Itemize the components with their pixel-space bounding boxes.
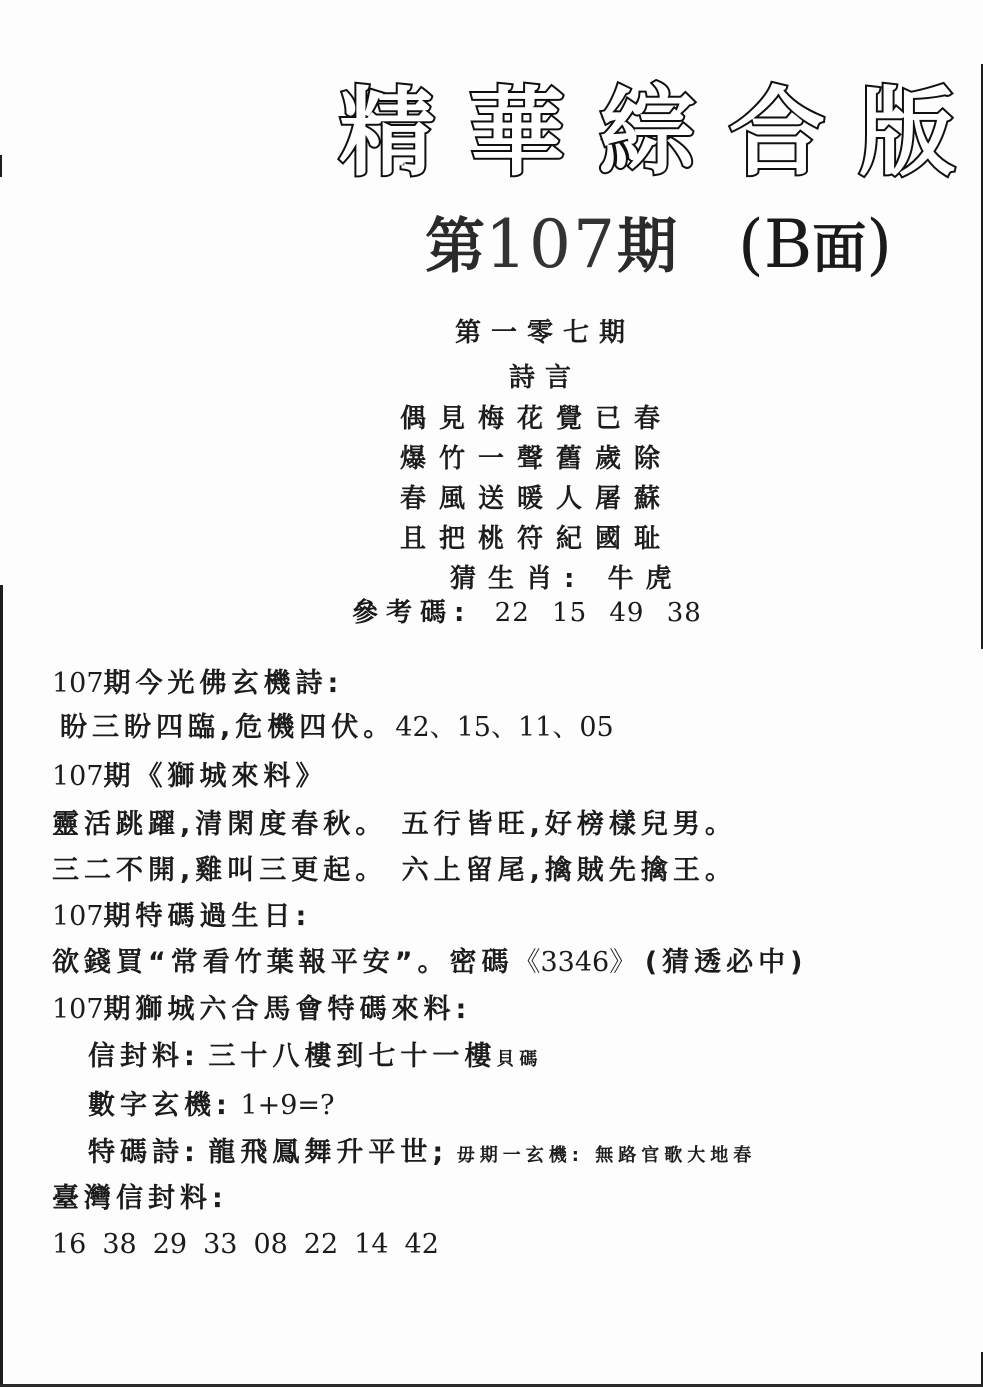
heading-text: 期《獅城來料》 bbox=[104, 761, 328, 792]
heading-text: 期今光佛玄機詩: bbox=[104, 668, 344, 699]
birthday-heading: 107期特碼過生日: bbox=[52, 900, 311, 934]
issue-num: 107 bbox=[52, 994, 104, 1025]
masthead-char: 綜 bbox=[592, 83, 702, 183]
issue-num: 107 bbox=[52, 668, 104, 699]
issue-prefix: 第 bbox=[425, 212, 485, 282]
reference-number: 38 bbox=[667, 598, 702, 628]
masthead-char: 合 bbox=[722, 83, 832, 183]
poem-line: 爆竹一聲舊歲除 bbox=[400, 438, 700, 475]
taiwan-number: 22 bbox=[304, 1229, 338, 1260]
side-letter: B bbox=[764, 206, 813, 283]
digit-riddle-line: 數字玄機: 1+9=? bbox=[88, 1089, 334, 1123]
poem-line: 偶見梅花覺已春 bbox=[400, 398, 700, 435]
side-open-paren: ( bbox=[738, 206, 764, 283]
poem-issue-label: 第一零七期 bbox=[330, 312, 760, 349]
heading-text: 期特碼過生日: bbox=[104, 901, 312, 932]
reference-label: 參考碼: bbox=[352, 598, 472, 628]
masthead-char: 精 bbox=[332, 83, 442, 183]
issue-suffix: 期 bbox=[617, 212, 677, 282]
envelope-small: 貝碼 bbox=[496, 1049, 542, 1070]
page-border-bottom bbox=[0, 1384, 983, 1387]
masthead-char: 版 bbox=[852, 83, 962, 183]
taiwan-heading: 臺灣信封料: bbox=[52, 1182, 228, 1216]
issue-title: 第107期 (B面) bbox=[425, 205, 892, 285]
issue-num: 107 bbox=[52, 761, 104, 792]
zodiac-label: 猜生肖: bbox=[450, 564, 586, 594]
poem-title: 詩言 bbox=[330, 357, 760, 394]
side-close-paren: ) bbox=[866, 206, 892, 283]
buddha-heading: 107期今光佛玄機詩: bbox=[52, 667, 343, 701]
reference-number: 15 bbox=[552, 598, 587, 628]
riddle-code: 《3346》 bbox=[514, 947, 637, 978]
side-char: 面 bbox=[812, 217, 866, 280]
reference-number: 22 bbox=[495, 598, 530, 628]
taiwan-number: 38 bbox=[102, 1229, 136, 1260]
lion-verse-line: 靈活跳躍,清閑度春秋。 五行皆旺,好榜樣兒男。 bbox=[52, 808, 737, 842]
poem-line: 春風送暖人屠蘇 bbox=[400, 478, 700, 515]
reference-number: 49 bbox=[609, 598, 644, 628]
digit-label: 數字玄機: bbox=[88, 1090, 232, 1121]
reference-code: 參考碼: 22 15 49 38 bbox=[352, 592, 702, 629]
taiwan-number: 14 bbox=[354, 1229, 388, 1260]
taiwan-number: 16 bbox=[52, 1229, 86, 1260]
envelope-line: 信封料: 三十八樓到七十一樓貝碼 bbox=[88, 1040, 542, 1077]
issue-side: (B面) bbox=[738, 206, 892, 283]
issue-num: 107 bbox=[52, 901, 104, 932]
issue-number: 107 bbox=[485, 206, 617, 283]
page-border-tick bbox=[0, 155, 2, 177]
poem-text: 龍飛鳳舞升平世; bbox=[208, 1137, 448, 1168]
poem-label: 特碼詩: bbox=[88, 1137, 200, 1168]
lion-verse-line: 三二不開,雞叫三更起。 六上留尾,擒賊先擒王。 bbox=[52, 854, 737, 888]
verse-text: 三二不開,雞叫三更起。 六上留尾,擒賊先擒王。 bbox=[52, 855, 737, 886]
masthead-title: 精 華 綜 合 版 bbox=[332, 78, 962, 188]
lion-heading: 107期《獅城來料》 bbox=[52, 760, 328, 794]
digit-value: 1+9=? bbox=[240, 1090, 334, 1121]
riddle-note: (猜透必中) bbox=[645, 947, 808, 978]
zodiac-guess: 猜生肖: 牛虎 bbox=[450, 558, 750, 595]
heading-text: 期獅城六合馬會特碼來料: bbox=[104, 994, 472, 1025]
masthead-char: 華 bbox=[462, 83, 572, 183]
riddle-text: 欲錢買“常看竹葉報平安”。密碼 bbox=[52, 947, 514, 978]
taiwan-numbers: 1638293308221442 bbox=[52, 1228, 455, 1262]
special-poem-line: 特碼詩: 龍飛鳳舞升平世; 毋期一玄機: 無路官歌大地春 bbox=[88, 1136, 756, 1173]
horse-heading: 107期獅城六合馬會特碼來料: bbox=[52, 993, 471, 1027]
taiwan-number: 42 bbox=[405, 1229, 439, 1260]
verse-text: 靈活跳躍,清閑度春秋。 五行皆旺,好榜樣兒男。 bbox=[52, 809, 737, 840]
heading-text: 臺灣信封料: bbox=[52, 1183, 228, 1214]
taiwan-number: 08 bbox=[253, 1229, 287, 1260]
taiwan-number: 33 bbox=[203, 1229, 237, 1260]
envelope-text: 三十八樓到七十一樓 bbox=[208, 1041, 496, 1072]
birthday-riddle: 欲錢買“常看竹葉報平安”。密碼《3346》 (猜透必中) bbox=[52, 946, 808, 980]
weekly-riddle: 毋期一玄機: 無路官歌大地春 bbox=[457, 1145, 756, 1166]
verse-numbers: 42、15、11、05 bbox=[395, 712, 613, 743]
zodiac-value: 牛虎 bbox=[607, 564, 683, 594]
page-border-left bbox=[0, 585, 3, 1385]
envelope-label: 信封料: bbox=[88, 1041, 200, 1072]
poem-line: 且把桃符紀國耻 bbox=[400, 518, 700, 555]
verse-text: 盼三盼四臨,危機四伏。 bbox=[60, 712, 395, 743]
buddha-verse: 盼三盼四臨,危機四伏。42、15、11、05 bbox=[60, 711, 614, 745]
taiwan-number: 29 bbox=[153, 1229, 187, 1260]
